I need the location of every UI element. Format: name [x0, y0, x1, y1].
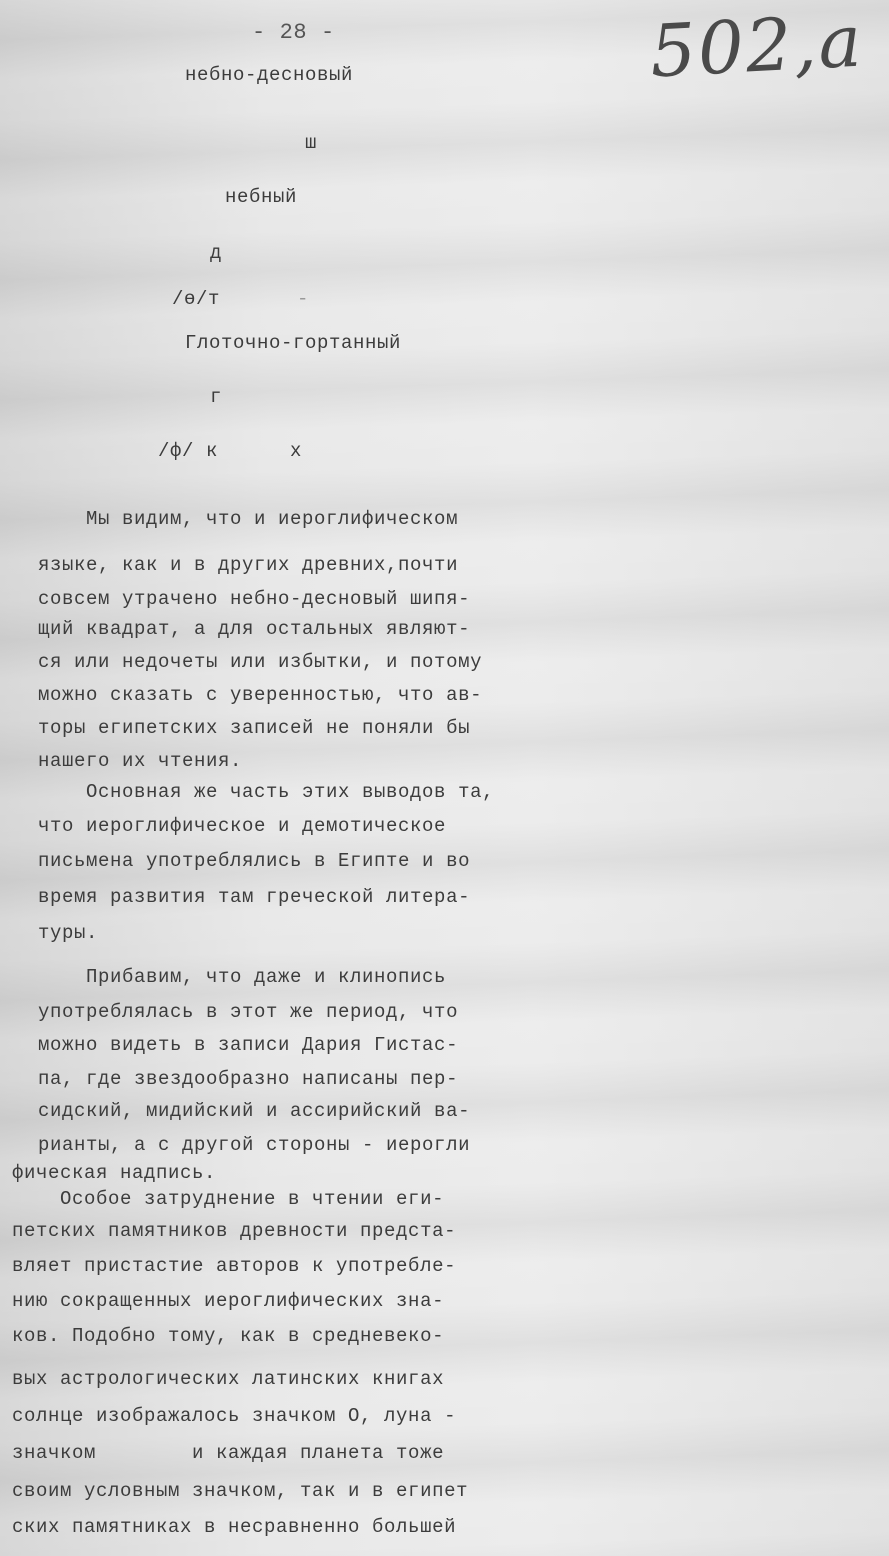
text-line: Особое затруднение в чтении еги- [12, 1188, 444, 1210]
text-line: щий квадрат, а для остальных являют- [38, 618, 470, 640]
text-line: сидский, мидийский и ассирийский ва- [38, 1100, 470, 1122]
table-char: ш [305, 132, 317, 154]
table-row-label: небный [225, 186, 297, 208]
text-line: ков. Подобно тому, как в средневеко- [12, 1325, 444, 1347]
text-line: письмена употреблялись в Египте и во [38, 850, 470, 872]
text-line: ся или недочеты или избытки, и потому [38, 651, 482, 673]
table-row-label: небно-десновый [185, 64, 353, 86]
page-number: - 28 - [252, 20, 335, 45]
text-line: языке, как и в других древних,почти [38, 554, 458, 576]
text-line: время развития там греческой литера- [38, 886, 470, 908]
text-line: ских памятниках в несравненно большей [12, 1516, 456, 1538]
text-line: солнце изображалось значком О, луна - [12, 1405, 456, 1427]
table-row-label: Глоточно-гортанный [185, 332, 401, 354]
text-line: фическая надпись. [12, 1162, 216, 1184]
table-char: г [210, 386, 222, 408]
table-char: д [210, 242, 222, 264]
text-line: можно сказать с уверенностью, что ав- [38, 684, 482, 706]
text-line: Основная же часть этих выводов та, [38, 781, 494, 803]
text-line: можно видеть в записи Дария Гистас- [38, 1034, 458, 1056]
handwritten-annotation: 502,a [648, 0, 865, 94]
text-line: что иероглифическое и демотическое [38, 815, 446, 837]
table-char: /ө/т [172, 288, 220, 310]
text-line: вых астрологических латинских книгах [12, 1368, 444, 1390]
text-line: петских памятников древности предста- [12, 1220, 456, 1242]
scanned-page [0, 0, 889, 1556]
table-char: /ф/ к [158, 440, 218, 462]
text-line: значком и каждая планета тоже [12, 1442, 444, 1464]
text-line: совсем утрачено небно-десновый шипя- [38, 588, 470, 610]
text-line: нию сокращенных иероглифических зна- [12, 1290, 444, 1312]
text-line: рианты, а с другой стороны - иерогли [38, 1134, 470, 1156]
text-line: вляет пристастие авторов к употребле- [12, 1255, 456, 1277]
table-char: х [290, 440, 302, 462]
text-line: туры. [38, 922, 98, 944]
text-line: торы египетских записей не поняли бы [38, 717, 470, 739]
text-line: нашего их чтения. [38, 750, 242, 772]
text-line: па, где звездообразно написаны пер- [38, 1068, 458, 1090]
table-char: - [297, 288, 309, 310]
text-line: Мы видим, что и иероглифическом [38, 508, 458, 530]
text-line: Прибавим, что даже и клинопись [38, 966, 446, 988]
text-line: своим условным значком, так и в египет [12, 1480, 468, 1502]
text-line: употреблялась в этот же период, что [38, 1001, 458, 1023]
